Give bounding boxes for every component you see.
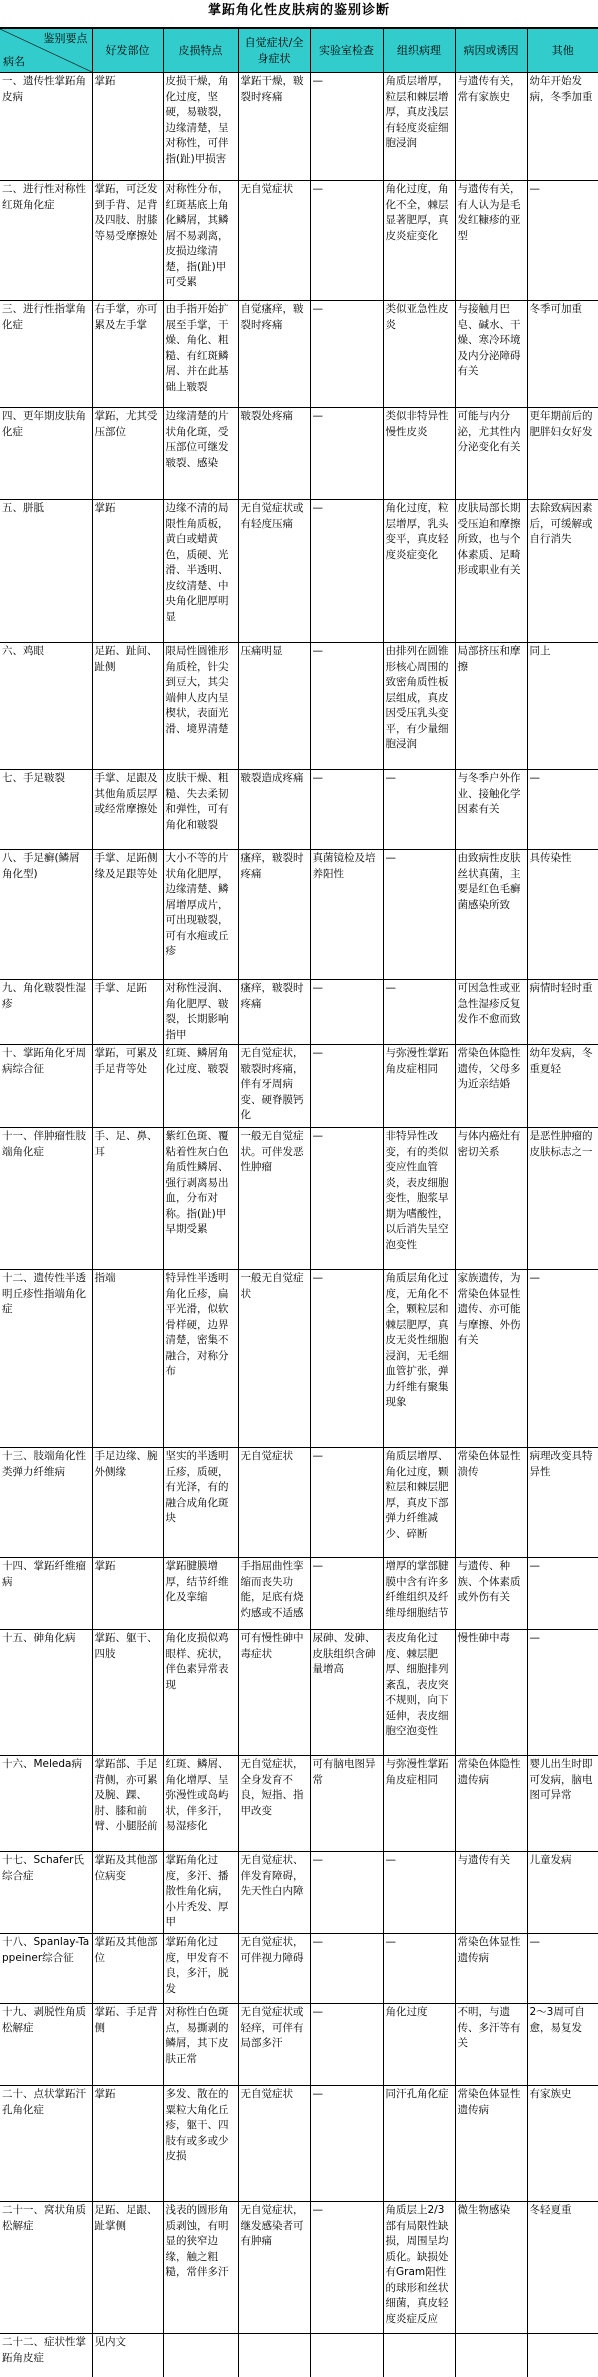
pathology-cell: 与弥漫性掌跖角皮症相同 xyxy=(383,1756,455,1852)
lab-cell: — xyxy=(310,73,383,181)
symptom-cell: 无自觉症状或有轻度压痛 xyxy=(238,500,310,643)
cause-cell: 与遗传有关 xyxy=(455,1852,527,1934)
site-cell: 足跖、趾间、趾侧 xyxy=(92,643,163,770)
site-cell: 掌跖 xyxy=(92,500,163,643)
other-cell: 是恶性肿瘤的皮肤标志之一 xyxy=(527,1128,598,1270)
disease-name-cell: 十、掌跖角化牙周病综合征 xyxy=(0,1045,92,1128)
table-row: 九、角化皲裂性湿疹手掌、足跖对称性浸润、角化肥厚、皲裂，长期影响指甲瘙痒，皲裂时… xyxy=(0,980,598,1045)
other-cell: 冬轻夏重 xyxy=(527,2202,598,2334)
disease-name-cell: 七、手足皲裂 xyxy=(0,770,92,850)
other-cell: 同上 xyxy=(527,643,598,770)
pathology-cell: — xyxy=(383,1852,455,1934)
page-title: 掌跖角化性皮肤病的鉴别诊断 xyxy=(0,0,598,27)
lesion-cell: 掌跖腱膜增厚，结节纤维化及挛缩 xyxy=(163,1558,238,1630)
lesion-cell: 掌跖角化过度，甲发育不良，多汗，脱发 xyxy=(163,1934,238,2004)
cause-cell: 常染色体显性溃传 xyxy=(455,1448,527,1558)
pathology-cell xyxy=(383,2334,455,2377)
symptom-cell: 无自觉症状或轻痒，可伴有局部多汗 xyxy=(238,2004,310,2086)
lesion-cell: 大小不等的片状角化肥厚，边缘清楚、鳞屑增厚成片，可出现皲裂，可有水疱或丘疹 xyxy=(163,850,238,980)
site-cell: 右手掌，亦可累及左手掌 xyxy=(92,301,163,408)
table-row: 十八、Spanlay-Tappeiner综合征掌跖及其他部位掌跖角化过度，甲发育… xyxy=(0,1934,598,2004)
disease-name-cell: 六、鸡眼 xyxy=(0,643,92,770)
disease-name-cell: 十六、Meleda病 xyxy=(0,1756,92,1852)
lab-cell: — xyxy=(310,301,383,408)
symptom-cell: 无自觉症状 xyxy=(238,181,310,301)
lesion-cell xyxy=(163,2334,238,2377)
symptom-cell: 可有慢性砷中毒症状 xyxy=(238,1630,310,1756)
cause-cell: 局部挤压和摩擦 xyxy=(455,643,527,770)
lesion-cell: 掌跖角化过度，多汗、播散性角化病，小片秃发、厚甲 xyxy=(163,1852,238,1934)
header-symptom: 自觉症状/全身症状 xyxy=(238,28,310,73)
symptom-cell: 无自觉症状、伴发育障碍，先天性白内障 xyxy=(238,1852,310,1934)
disease-name-cell: 十七、Schafer氏综合症 xyxy=(0,1852,92,1934)
table-row: 十六、Meleda病掌跖部、手足背侧，亦可累及腕、踝、肘、膝和前臂、小腿胫前红斑… xyxy=(0,1756,598,1852)
symptom-cell: 无自觉症状，皲裂时疼痛，伴有牙周病变、硬脊膜钙化 xyxy=(238,1045,310,1128)
disease-name-cell: 十二、遗传性半透明丘疹性指端角化症 xyxy=(0,1270,92,1448)
lesion-cell: 红斑、鳞屑、角化增厚、呈弥漫性或岛屿状，伴多汗，易湿疹化 xyxy=(163,1756,238,1852)
lab-cell: — xyxy=(310,1045,383,1128)
cause-cell: 常染色体显性遗传病 xyxy=(455,1934,527,2004)
symptom-cell: 一般无自觉症状 xyxy=(238,1270,310,1448)
lesion-cell: 对称性浸润、角化肥厚、皲裂，长期影响指甲 xyxy=(163,980,238,1045)
other-cell: 2～3周可自愈，易复发 xyxy=(527,2004,598,2086)
cause-cell: 与冬季户外作业、接触化学因素有关 xyxy=(455,770,527,850)
cause-cell: 常染色体显性遗传病 xyxy=(455,2086,527,2202)
symptom-cell: 一般无自觉症状。可伴发恶性肿瘤 xyxy=(238,1128,310,1270)
table-row: 十二、遗传性半透明丘疹性指端角化症指端特异性半透明角化丘疹，扁平光滑，似软骨样硬… xyxy=(0,1270,598,1448)
other-cell: 具传染性 xyxy=(527,850,598,980)
other-cell: — xyxy=(527,1558,598,1630)
lab-cell xyxy=(310,2334,383,2377)
lab-cell: — xyxy=(310,980,383,1045)
other-cell: 病理改变具特异性 xyxy=(527,1448,598,1558)
lab-cell: — xyxy=(310,2086,383,2202)
table-row: 十一、伴肿瘤性肢端角化症手、足、鼻、耳紫红色斑、覆粘着性灰白色角质性鳞屑、强行剥… xyxy=(0,1128,598,1270)
header-corner-criteria: 鉴别要点 xyxy=(44,31,88,47)
other-cell: 幼年发病，冬重夏轻 xyxy=(527,1045,598,1128)
symptom-cell: 皲裂处疼痛 xyxy=(238,408,310,500)
other-cell: 幼年开始发病，冬季加重 xyxy=(527,73,598,181)
lab-cell: 尿砷、发砷、皮肤组织含砷量增高 xyxy=(310,1630,383,1756)
table-header-row: 鉴别要点 病名 好发部位 皮损特点 自觉症状/全身症状 实验室检查 组织病理 病… xyxy=(0,28,598,73)
lab-cell: 真菌镜检及培养阳性 xyxy=(310,850,383,980)
pathology-cell: 增厚的掌部腱膜中含有许多纤维组织及纤维母细胞结节 xyxy=(383,1558,455,1630)
symptom-cell: 皲裂造成疼痛 xyxy=(238,770,310,850)
site-cell: 足跖、足跟、趾掌侧 xyxy=(92,2202,163,2334)
symptom-cell: 手指屈曲性挛缩而丧失功能，足底有烧灼感或不适感 xyxy=(238,1558,310,1630)
lesion-cell: 紫红色斑、覆粘着性灰白色角质性鳞屑、强行剥离易出血，分布对称。指(趾)甲早期受累 xyxy=(163,1128,238,1270)
site-cell: 掌跖、躯干、四肢 xyxy=(92,1630,163,1756)
cause-cell: 与遗传有关，有人认为是毛发红糠疹的亚型 xyxy=(455,181,527,301)
cause-cell: 微生物感染 xyxy=(455,2202,527,2334)
site-cell: 手足边缘、腕外侧缘 xyxy=(92,1448,163,1558)
disease-name-cell: 九、角化皲裂性湿疹 xyxy=(0,980,92,1045)
lesion-cell: 角化皮损似鸡眼样、疣状，伴色素异常表现 xyxy=(163,1630,238,1756)
pathology-cell: 与弥漫性掌跖角皮症相同 xyxy=(383,1045,455,1128)
lab-cell: 可有脑电图异常 xyxy=(310,1756,383,1852)
lesion-cell: 特异性半透明角化丘疹，扁平光滑，似软骨样硬，边界清楚，密集不融合，对称分布 xyxy=(163,1270,238,1448)
other-cell: — xyxy=(527,181,598,301)
header-corner-disease: 病名 xyxy=(3,54,25,70)
table-row: 十七、Schafer氏综合症掌跖及其他部位病变掌跖角化过度，多汗、播散性角化病，… xyxy=(0,1852,598,1934)
lab-cell: — xyxy=(310,1128,383,1270)
pathology-cell: 由排列在圆锥形核心周围的致密角质性板层组成，真皮因受压乳头变平，有少量细胞浸润 xyxy=(383,643,455,770)
cause-cell: 皮肤局部长期受压迫和摩擦所致，也与个体素质、足畸形或职业有关 xyxy=(455,500,527,643)
symptom-cell: 无自觉症状，可伴视力障碍 xyxy=(238,1934,310,2004)
pathology-cell: 角质层增厚，粒层和棘层增厚，真皮浅层有轻度炎症细胞浸润 xyxy=(383,73,455,181)
other-cell: 婴儿出生时即可发病，脑电图可异常 xyxy=(527,1756,598,1852)
symptom-cell: 无自觉症状，继发感染者可有肿痛 xyxy=(238,2202,310,2334)
lab-cell: — xyxy=(310,1448,383,1558)
symptom-cell: 瘙痒，皲裂时疼痛 xyxy=(238,980,310,1045)
lab-cell: — xyxy=(310,770,383,850)
lab-cell: — xyxy=(310,1934,383,2004)
lesion-cell: 皮损干燥，角化过度，坚硬，易皲裂，边缘清楚，呈对称性，可伴指(趾)甲损害 xyxy=(163,73,238,181)
site-cell: 掌跖，尤其受压部位 xyxy=(92,408,163,500)
other-cell: 去除致病因素后，可缓解或自行消失 xyxy=(527,500,598,643)
lesion-cell: 浅表的圆形角质剥蚀，有明显的狭窄边缘，触之粗糙，常伴多汗 xyxy=(163,2202,238,2334)
other-cell: 更年期前后的肥胖妇女好发 xyxy=(527,408,598,500)
cause-cell: 常染色体隐性遗传，父母多为近亲结婚 xyxy=(455,1045,527,1128)
lab-cell: — xyxy=(310,2202,383,2334)
symptom-cell xyxy=(238,2334,310,2377)
lab-cell: — xyxy=(310,2004,383,2086)
lesion-cell: 多发、散在的粟粒大角化丘疹，躯干、四肢有或多或少皮损 xyxy=(163,2086,238,2202)
lab-cell: — xyxy=(310,500,383,643)
disease-name-cell: 十一、伴肿瘤性肢端角化症 xyxy=(0,1128,92,1270)
pathology-cell: 角化过度 xyxy=(383,2004,455,2086)
symptom-cell: 瘙痒，皲裂时疼痛 xyxy=(238,850,310,980)
header-corner-cell: 鉴别要点 病名 xyxy=(0,28,92,73)
symptom-cell: 无自觉症状 xyxy=(238,1448,310,1558)
table-row: 八、手足癣(鳞屑角化型)手掌、足跖侧缘及足跟等处大小不等的片状角化肥厚，边缘清楚… xyxy=(0,850,598,980)
pathology-cell: 角质层上2/3部有局限性缺损，周围呈均质化。缺损处有Gram阳性的球形和丝状细菌… xyxy=(383,2202,455,2334)
header-other: 其他 xyxy=(527,28,598,73)
cause-cell: 与遗传、种族、个体素质或外伤有关 xyxy=(455,1558,527,1630)
site-cell: 掌跖 xyxy=(92,2086,163,2202)
differential-diagnosis-table: 鉴别要点 病名 好发部位 皮损特点 自觉症状/全身症状 实验室检查 组织病理 病… xyxy=(0,27,598,2377)
disease-name-cell: 八、手足癣(鳞屑角化型) xyxy=(0,850,92,980)
symptom-cell: 自觉瘙痒，皲裂时疼痛 xyxy=(238,301,310,408)
other-cell: 冬季可加重 xyxy=(527,301,598,408)
symptom-cell: 压痛明显 xyxy=(238,643,310,770)
cause-cell: 可能与内分泌，尤其性内分泌变化有关 xyxy=(455,408,527,500)
cause-cell: 与遗传有关，常有家族史 xyxy=(455,73,527,181)
disease-name-cell: 二十、点状掌跖汗孔角化症 xyxy=(0,2086,92,2202)
site-cell: 手、足、鼻、耳 xyxy=(92,1128,163,1270)
site-cell: 掌跖，可累及手足背等处 xyxy=(92,1045,163,1128)
other-cell: — xyxy=(527,1630,598,1756)
cause-cell: 不明，与遗传、多汗等有关 xyxy=(455,2004,527,2086)
lesion-cell: 对称性白色斑点，易撕剥的鳞屑，其下皮肤正常 xyxy=(163,2004,238,2086)
site-cell: 掌跖及其他部位病变 xyxy=(92,1852,163,1934)
other-cell: 有家族史 xyxy=(527,2086,598,2202)
pathology-cell: 角化过度，角化不全，棘层显著肥厚，真皮炎症变化 xyxy=(383,181,455,301)
lesion-cell: 坚实的半透明丘疹，质硬，有光泽，有的融合成角化斑块 xyxy=(163,1448,238,1558)
other-cell: — xyxy=(527,770,598,850)
lab-cell: — xyxy=(310,181,383,301)
site-cell: 掌跖及其他部位 xyxy=(92,1934,163,2004)
table-row: 十、掌跖角化牙周病综合征掌跖，可累及手足背等处红斑、鳞屑角化过度、皲裂无自觉症状… xyxy=(0,1045,598,1128)
pathology-cell: — xyxy=(383,850,455,980)
disease-name-cell: 十九、剥脱性角质松解症 xyxy=(0,2004,92,2086)
cause-cell: 常染色体隐性遗传病 xyxy=(455,1756,527,1852)
lab-cell: — xyxy=(310,1852,383,1934)
site-cell: 掌跖 xyxy=(92,73,163,181)
table-row: 十三、肢端角化性类弹力纤维病手足边缘、腕外侧缘坚实的半透明丘疹，质硬，有光泽，有… xyxy=(0,1448,598,1558)
table-body: 一、遗传性掌跖角皮病掌跖皮损干燥，角化过度，坚硬，易皲裂，边缘清楚，呈对称性，可… xyxy=(0,73,598,2377)
table-row: 二十一、窝状角质松解症足跖、足跟、趾掌侧浅表的圆形角质剥蚀，有明显的狭窄边缘，触… xyxy=(0,2202,598,2334)
site-cell: 掌跖，可泛发到手背、足背及四肢、肘膝等易受摩擦处 xyxy=(92,181,163,301)
cause-cell: 家族遗传，为常染色体显性遗传、亦可能与摩擦、外伤有关 xyxy=(455,1270,527,1448)
pathology-cell: 角质层角化过度，无角化不全，颗粒层和棘层肥厚，真皮无炎性细胞浸润，无毛细血管扩张… xyxy=(383,1270,455,1448)
pathology-cell: — xyxy=(383,770,455,850)
other-cell: 儿童发病 xyxy=(527,1852,598,1934)
pathology-cell: 类似非特异性慢性皮炎 xyxy=(383,408,455,500)
header-site: 好发部位 xyxy=(92,28,163,73)
table-row: 十五、砷角化病掌跖、躯干、四肢角化皮损似鸡眼样、疣状，伴色素异常表现可有慢性砷中… xyxy=(0,1630,598,1756)
symptom-cell: 无自觉症状，全身发育不良，短指、指甲改变 xyxy=(238,1756,310,1852)
header-pathology: 组织病理 xyxy=(383,28,455,73)
lesion-cell: 对称性分布，红斑基底上角化鳞屑，其鳞屑不易剥离，皮损边缘清楚，指(趾)甲可受累 xyxy=(163,181,238,301)
other-cell: 病情时轻时重 xyxy=(527,980,598,1045)
disease-name-cell: 一、遗传性掌跖角皮病 xyxy=(0,73,92,181)
cause-cell: 与体内癌灶有密切关系 xyxy=(455,1128,527,1270)
table-row: 六、鸡眼足跖、趾间、趾侧限局性圆锥形角质栓，针尖到豆大，其尖端伸人皮内呈楔状，表… xyxy=(0,643,598,770)
table-row: 七、手足皲裂手掌、足跟及其他角质层厚或经常摩擦处皮肤干燥、粗糙、失去柔韧和弹性，… xyxy=(0,770,598,850)
other-cell: — xyxy=(527,1934,598,2004)
cause-cell: 由致病性皮肤丝状真菌，主要是红色毛癣菌感染所致 xyxy=(455,850,527,980)
header-lesion: 皮损特点 xyxy=(163,28,238,73)
other-cell xyxy=(527,2334,598,2377)
lesion-cell: 边缘不清的局限性角质板，黄白或蜡黄色，质硬、光滑、半透明、皮纹清楚、中央角化肥厚… xyxy=(163,500,238,643)
lesion-cell: 由手指开始扩展至手掌，干燥、角化、粗糙、有红斑鳞屑、并在此基础上皲裂 xyxy=(163,301,238,408)
pathology-cell: 角化过度，粒层增厚，乳头变平，真皮轻度炎症变化 xyxy=(383,500,455,643)
lab-cell: — xyxy=(310,643,383,770)
pathology-cell: 类似亚急性皮炎 xyxy=(383,301,455,408)
symptom-cell: 掌跖干燥，皲裂时疼痛 xyxy=(238,73,310,181)
header-cause: 病因或诱因 xyxy=(455,28,527,73)
site-cell: 手掌、足跖侧缘及足跟等处 xyxy=(92,850,163,980)
site-cell: 手掌、足跖 xyxy=(92,980,163,1045)
disease-name-cell: 三、进行性指掌角化症 xyxy=(0,301,92,408)
lesion-cell: 限局性圆锥形角质栓，针尖到豆大，其尖端伸人皮内呈楔状，表面光滑、境界清楚 xyxy=(163,643,238,770)
table-row: 二十、点状掌跖汗孔角化症掌跖多发、散在的粟粒大角化丘疹，躯干、四肢有或多或少皮损… xyxy=(0,2086,598,2202)
table-row: 一、遗传性掌跖角皮病掌跖皮损干燥，角化过度，坚硬，易皲裂，边缘清楚，呈对称性，可… xyxy=(0,73,598,181)
site-cell: 掌跖 xyxy=(92,1558,163,1630)
pathology-cell: 同汗孔角化症 xyxy=(383,2086,455,2202)
cause-cell: 可因急性或亚急性湿疹反复发作不愈而致 xyxy=(455,980,527,1045)
lab-cell: — xyxy=(310,408,383,500)
symptom-cell: 无自觉症状 xyxy=(238,2086,310,2202)
pathology-cell: 表皮角化过度、棘层肥厚、细胞排列紊乱，表皮突不规则，向下延伸，表皮细胞空泡变性 xyxy=(383,1630,455,1756)
site-cell: 指端 xyxy=(92,1270,163,1448)
lesion-cell: 皮肤干燥、粗糙、失去柔韧和弹性，可有角化和皲裂 xyxy=(163,770,238,850)
table-row: 二、进行性对称性红斑角化症掌跖，可泛发到手背、足背及四肢、肘膝等易受摩擦处对称性… xyxy=(0,181,598,301)
pathology-cell: — xyxy=(383,980,455,1045)
lab-cell: — xyxy=(310,1558,383,1630)
lesion-cell: 边缘清楚的片状角化斑，受压部位可继发皲裂、感染 xyxy=(163,408,238,500)
disease-name-cell: 二、进行性对称性红斑角化症 xyxy=(0,181,92,301)
cause-cell: 与接触月巴皂、碱水、干燥、寒冷环境及内分泌障碍有关 xyxy=(455,301,527,408)
pathology-cell: — xyxy=(383,1934,455,2004)
disease-name-cell: 二十一、窝状角质松解症 xyxy=(0,2202,92,2334)
other-cell: — xyxy=(527,1270,598,1448)
lab-cell: — xyxy=(310,1270,383,1448)
disease-name-cell: 十四、掌跖纤维瘤病 xyxy=(0,1558,92,1630)
pathology-cell: 角质层增厚、角化过度，颗粒层和棘层肥厚，真皮下部弹力纤维减少、碎断 xyxy=(383,1448,455,1558)
site-cell: 掌跖部、手足背侧，亦可累及腕、踝、肘、膝和前臂、小腿胫前 xyxy=(92,1756,163,1852)
disease-name-cell: 五、胼胝 xyxy=(0,500,92,643)
disease-name-cell: 二十二、症状性掌跖角皮症 xyxy=(0,2334,92,2377)
disease-name-cell: 十五、砷角化病 xyxy=(0,1630,92,1756)
table-row: 十四、掌跖纤维瘤病掌跖掌跖腱膜增厚，结节纤维化及挛缩手指屈曲性挛缩而丧失功能，足… xyxy=(0,1558,598,1630)
table-row: 四、更年期皮肤角化症掌跖，尤其受压部位边缘清楚的片状角化斑，受压部位可继发皲裂、… xyxy=(0,408,598,500)
site-cell: 掌跖、手足背侧 xyxy=(92,2004,163,2086)
site-cell: 见内文 xyxy=(92,2334,163,2377)
disease-name-cell: 十八、Spanlay-Tappeiner综合征 xyxy=(0,1934,92,2004)
header-lab: 实验室检查 xyxy=(310,28,383,73)
cause-cell: 慢性砷中毒 xyxy=(455,1630,527,1756)
pathology-cell: 非特异性改变，有的类似变应性血管炎，表皮细胞变性，胞浆早期为嗜酸性，以后消失呈空… xyxy=(383,1128,455,1270)
table-row: 十九、剥脱性角质松解症掌跖、手足背侧对称性白色斑点，易撕剥的鳞屑，其下皮肤正常无… xyxy=(0,2004,598,2086)
table-row: 三、进行性指掌角化症右手掌，亦可累及左手掌由手指开始扩展至手掌，干燥、角化、粗糙… xyxy=(0,301,598,408)
site-cell: 手掌、足跟及其他角质层厚或经常摩擦处 xyxy=(92,770,163,850)
lesion-cell: 红斑、鳞屑角化过度、皲裂 xyxy=(163,1045,238,1128)
table-row: 五、胼胝掌跖边缘不清的局限性角质板，黄白或蜡黄色，质硬、光滑、半透明、皮纹清楚、… xyxy=(0,500,598,643)
table-row: 二十二、症状性掌跖角皮症见内文 xyxy=(0,2334,598,2377)
cause-cell xyxy=(455,2334,527,2377)
disease-name-cell: 四、更年期皮肤角化症 xyxy=(0,408,92,500)
disease-name-cell: 十三、肢端角化性类弹力纤维病 xyxy=(0,1448,92,1558)
